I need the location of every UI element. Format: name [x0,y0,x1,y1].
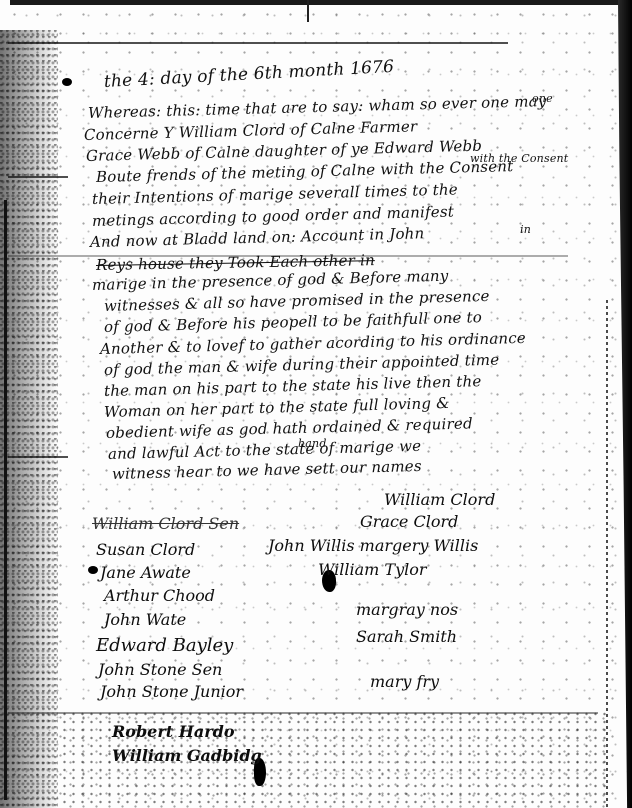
left-margin-stain [0,30,58,808]
scan-right-edge [618,0,632,808]
witness-signature: Edward Bayley [96,635,233,656]
body-line: Whereas: this: time that are to say: wha… [88,92,547,122]
document-heading: the 4: day of the 6th month 1676 [103,57,394,92]
witness-signature: John Willis margery Willis [268,536,478,555]
interlinear-text: in [520,223,531,236]
fold-line [8,42,508,44]
fold-line [8,176,68,178]
witness-signature: margray nos [356,600,458,619]
left-scan-edge [4,200,7,800]
witness-signature: mary fry [370,672,439,691]
fold-line [8,456,68,458]
fold-line [8,712,598,714]
ink-blot [88,566,98,574]
witness-signature: John Stone Sen [98,660,222,679]
witness-signature: Arthur Chood [104,586,215,605]
witness-signature: William Tylor [318,560,427,579]
scanned-document-page: the 4: day of the 6th month 1676 one wit… [0,0,632,808]
fold-mark [307,0,309,22]
witness-signature: Sarah Smith [356,627,457,646]
scan-top-edge [10,0,622,5]
witness-signature: John Wate [104,610,186,629]
witness-signature: Jane Awate [100,563,191,582]
ink-blot [62,78,72,86]
signature-groom: William Clord [384,490,495,509]
witness-signature: John Stone Junior [100,682,243,701]
witness-signature: Susan Clord [96,540,195,559]
signature-struck: William Clord Sen [92,514,239,533]
witness-signature: Robert Hardo [112,722,235,741]
signature-bride: Grace Clord [360,512,458,531]
witness-signature: William Gadbidg [112,746,262,765]
